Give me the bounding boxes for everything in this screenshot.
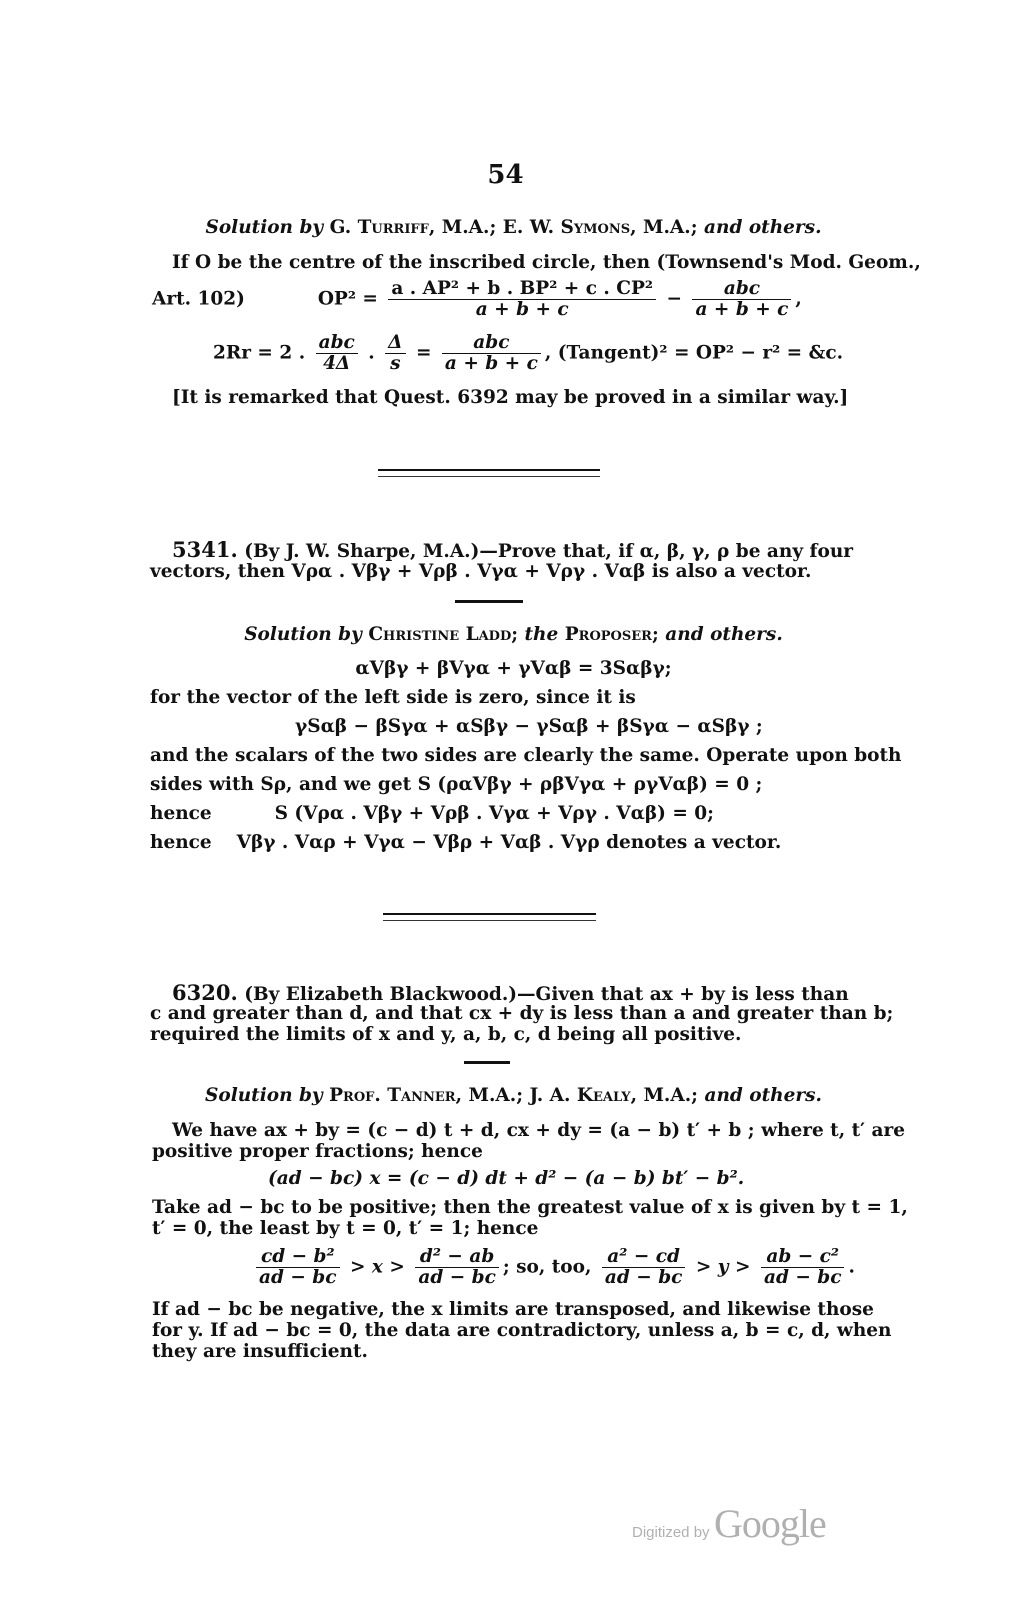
solvers: G. Turriff, M.A.; E. W. Symons, M.A.; [330,217,698,238]
solution-attribution-3: Solution by Prof. Tanner, M.A.; J. A. Ke… [0,1085,1011,1107]
remark: [It is remarked that Quest. 6392 may be … [172,387,848,409]
text-line: If O be the centre of the inscribed circ… [172,252,921,274]
text-line: they are insufficient. [152,1341,368,1363]
text-line: If ad − bc be negative, the x limits are… [152,1299,874,1321]
fraction: Δs [385,333,405,374]
fraction: d² − abad − bc [415,1247,499,1288]
solution-attribution-2: Solution by Christine Ladd; the Proposer… [0,624,1011,646]
text-line: hence Vβγ . Vαρ + Vγα − Vβρ + Vαβ . Vγρ … [150,832,781,854]
question-6320-line2: c and greater than d, and that cx + dy i… [150,1003,893,1025]
question-number: 6320. [172,980,238,1005]
equation-2rr: 2Rr = 2 . abc4Δ . Δs = abca + b + c, (Ta… [213,333,843,374]
fraction: abca + b + c [442,333,541,374]
fraction: a² − cdad − bc [602,1247,686,1288]
fraction: cd − b²ad − bc [256,1247,340,1288]
page-number: 54 [0,160,1011,190]
text-line: and the scalars of the two sides are cle… [150,745,902,767]
text-line: for y. If ad − bc = 0, the data are cont… [152,1320,892,1342]
question-5341-line2: vectors, then Vρα . Vβγ + Vρβ . Vγα + Vρ… [150,561,811,583]
solution-attribution-1: Solution by G. Turriff, M.A.; E. W. Symo… [0,217,1011,239]
text-line: sides with Sρ, and we get S (ραVβγ + ρβV… [150,774,762,796]
equation: αVβγ + βVγα + γVαβ = 3Sαβγ; [0,658,1011,680]
google-logo: Google [714,1501,826,1546]
solution-prefix: Solution by [205,217,323,238]
fraction: a . AP² + b . BP² + c . CP²a + b + c [388,279,656,320]
equation-op2: Art. 102) OP² = a . AP² + b . BP² + c . … [152,279,802,320]
fraction: abc4Δ [316,333,358,374]
text-line: Take ad − bc to be positive; then the gr… [152,1197,908,1219]
digitized-by-google-watermark: Digitized by Google [632,1500,826,1547]
question-number: 5341. [172,537,238,562]
inequality-equation: cd − b²ad − bc > x > d² − abad − bc; so,… [252,1247,855,1288]
equation: (ad − bc) x = (c − d) dt + d² − (a − b) … [268,1168,744,1190]
question-5341-line1: 5341. (By J. W. Sharpe, M.A.)—Prove that… [172,539,853,563]
text-line: We have ax + by = (c − d) t + d, cx + dy… [172,1120,905,1142]
text-line: t′ = 0, the least by t = 0, t′ = 1; henc… [152,1218,538,1240]
short-divider [464,1061,510,1064]
solution-suffix: and others. [704,217,822,238]
art-label: Art. 102) [152,289,245,310]
text-line: for the vector of the left side is zero,… [150,687,636,709]
watermark-prefix: Digitized by [632,1524,710,1541]
text-line: hence S (Vρα . Vβγ + Vρβ . Vγα + Vργ . V… [150,803,714,825]
text-line: positive proper fractions; hence [152,1141,483,1163]
fraction: ab − c²ad − bc [761,1247,845,1288]
equation: γSαβ − βSγα + αSβγ − γSαβ + βSγα − αSβγ … [295,716,763,738]
fraction: abca + b + c [692,279,791,320]
question-6320-line3: required the limits of x and y, a, b, c,… [150,1024,741,1046]
section-divider [378,469,600,477]
short-divider [455,600,523,603]
eq-lhs: OP² = [318,289,378,310]
section-divider [383,913,596,921]
